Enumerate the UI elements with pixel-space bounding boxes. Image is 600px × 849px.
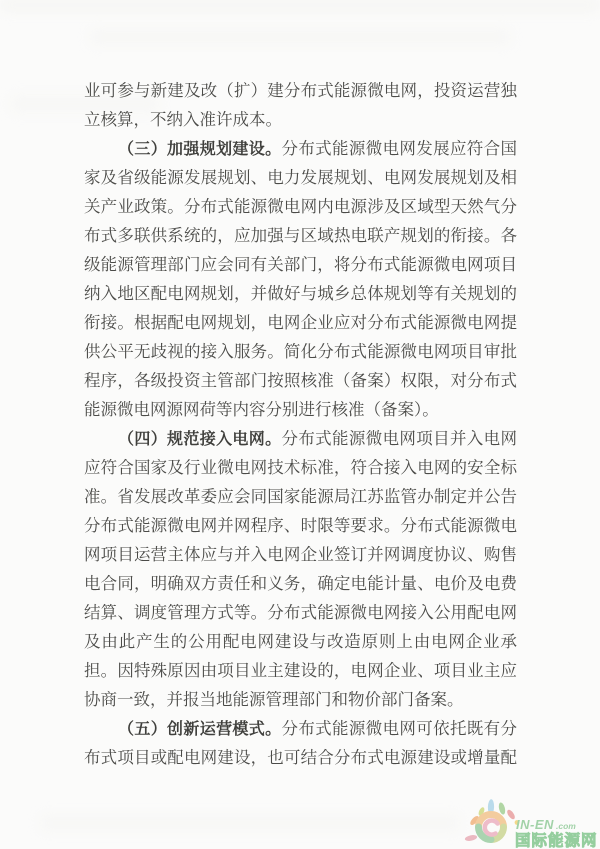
body-text: 纳入地区配电网规划，并做好与城乡总体规划等有关规划的 — [84, 284, 517, 303]
document-line: 纳入地区配电网规划，并做好与城乡总体规划等有关规划的 — [84, 279, 517, 308]
body-text: 准。省发展改革委应会同国家能源局江苏监管办制定并公告 — [84, 487, 517, 506]
body-text: 结算、调度管理方式等。分布式能源微电网接入公用配电网 — [84, 603, 517, 622]
document-line: 能源微电网源网荷等内容分别进行核准（备案）。 — [84, 395, 517, 424]
document-line: （五）创新运营模式。分布式能源微电网可依托既有分 — [84, 714, 517, 743]
scan-artifact — [90, 30, 510, 44]
scanned-document-page: { "page": { "background_color": "#fbfbfa… — [0, 0, 600, 849]
inen-watermark: IN-EN .com 国际能源网 — [461, 792, 600, 849]
document-line: 分布式能源微电网并网程序、时限等要求。分布式能源微电 — [84, 511, 517, 540]
body-text: 级能源管理部门应会同有关部门，将分布式能源微电网项目 — [84, 255, 517, 274]
section-heading: （五）创新运营模式。 — [118, 721, 281, 738]
document-line: 关产业政策。分布式能源微电网内电源涉及区域型天然气分 — [84, 192, 517, 221]
document-line: 布式项目或配电网建设，也可结合分布式电源建设或增量配 — [84, 743, 517, 772]
body-text: 业可参与新建及改（扩）建分布式能源微电网，投资运营独 — [84, 81, 517, 100]
document-line: 网项目运营主体应与并入电网企业签订并网调度协议、购售 — [84, 540, 517, 569]
document-line: 布式多联供系统的，应加强与区域热电联产规划的衔接。各 — [84, 221, 517, 250]
section-heading: （三）加强规划建设。 — [118, 141, 281, 158]
body-text: 衔接。根据配电网规划，电网企业应对分布式能源微电网提 — [84, 313, 517, 332]
body-text: 电合同，明确双方责任和义务，确定电能计量、电价及电费 — [84, 574, 517, 593]
body-text: 协商一致，并报当地能源管理部门和物价部门备案。 — [84, 690, 464, 709]
document-line: 供公平无歧视的接入服务。简化分布式能源微电网项目审批 — [84, 337, 517, 366]
document-text: 业可参与新建及改（扩）建分布式能源微电网，投资运营独立核算，不纳入准许成本。（三… — [84, 76, 517, 772]
section-heading: （四）规范接入电网。 — [118, 431, 281, 448]
document-line: （四）规范接入电网。分布式能源微电网项目并入电网 — [84, 424, 517, 453]
body-text: 供公平无歧视的接入服务。简化分布式能源微电网项目审批 — [84, 342, 517, 361]
document-line: 家及省级能源发展规划、电力发展规划、电网发展规划及相 — [84, 163, 517, 192]
body-text: 立核算，不纳入准许成本。 — [84, 110, 282, 129]
document-line: 应符合国家及行业微电网技术标准，符合接入电网的安全标 — [84, 453, 517, 482]
body-text: 网项目运营主体应与并入电网企业签订并网调度协议、购售 — [84, 545, 517, 564]
document-line: 结算、调度管理方式等。分布式能源微电网接入公用配电网 — [84, 598, 517, 627]
body-text: 分布式能源微电网并网程序、时限等要求。分布式能源微电 — [84, 516, 517, 535]
document-line: 级能源管理部门应会同有关部门，将分布式能源微电网项目 — [84, 250, 517, 279]
document-line: 担。因特殊原因由项目业主建设的，电网企业、项目业主应 — [84, 656, 517, 685]
body-text: 分布式能源微电网项目并入电网 — [281, 429, 517, 448]
body-text: 布式项目或配电网建设，也可结合分布式电源建设或增量配 — [84, 748, 517, 767]
body-text: 能源微电网源网荷等内容分别进行核准（备案）。 — [84, 400, 439, 419]
body-text: 关产业政策。分布式能源微电网内电源涉及区域型天然气分 — [84, 197, 517, 216]
site-title-text: 国际能源网 — [515, 831, 598, 849]
logo-swirl-icon — [479, 815, 504, 840]
body-text: 及由此产生的公用配电网建设与改造原则上由电网企业承 — [84, 632, 517, 651]
site-tld-text: .com — [556, 821, 576, 831]
scan-artifact — [40, 815, 460, 831]
document-line: 及由此产生的公用配电网建设与改造原则上由电网企业承 — [84, 627, 517, 656]
body-text: 程序，各级投资主管部门按照核准（备案）权限，对分布式 — [84, 371, 517, 390]
document-line: 电合同，明确双方责任和义务，确定电能计量、电价及电费 — [84, 569, 517, 598]
scan-artifact — [0, 0, 600, 10]
body-text: 担。因特殊原因由项目业主建设的，电网企业、项目业主应 — [84, 661, 517, 680]
document-line: 程序，各级投资主管部门按照核准（备案）权限，对分布式 — [84, 366, 517, 395]
body-text: 应符合国家及行业微电网技术标准，符合接入电网的安全标 — [84, 458, 517, 477]
document-line: 衔接。根据配电网规划，电网企业应对分布式能源微电网提 — [84, 308, 517, 337]
document-line: 准。省发展改革委应会同国家能源局江苏监管办制定并公告 — [84, 482, 517, 511]
document-line: 立核算，不纳入准许成本。 — [84, 105, 517, 134]
body-text: 分布式能源微电网发展应符合国 — [281, 139, 517, 158]
document-line: 业可参与新建及改（扩）建分布式能源微电网，投资运营独 — [84, 76, 517, 105]
site-name-text: IN-EN — [516, 817, 554, 832]
body-text: 家及省级能源发展规划、电力发展规划、电网发展规划及相 — [84, 168, 517, 187]
body-text: 布式多联供系统的，应加强与区域热电联产规划的衔接。各 — [84, 226, 517, 245]
document-line: （三）加强规划建设。分布式能源微电网发展应符合国 — [84, 134, 517, 163]
document-line: 协商一致，并报当地能源管理部门和物价部门备案。 — [84, 685, 517, 714]
body-text: 分布式能源微电网可依托既有分 — [281, 719, 517, 738]
inen-logo: IN-EN .com 国际能源网 — [461, 792, 600, 849]
